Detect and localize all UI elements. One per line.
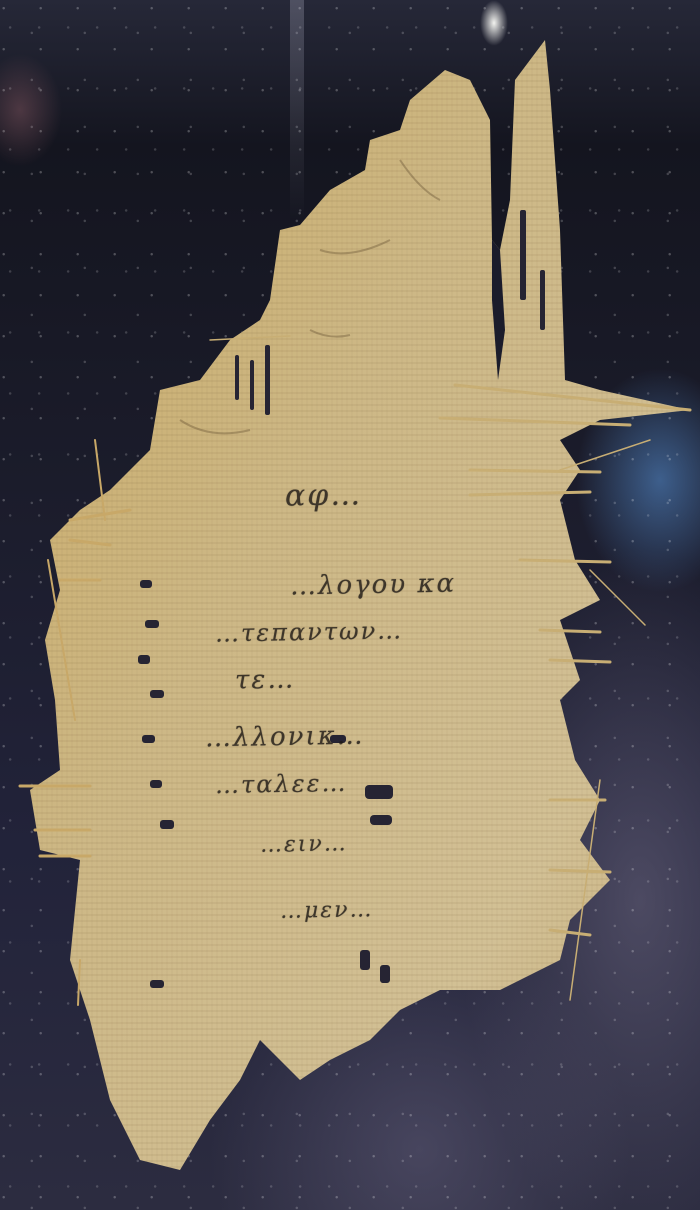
papyrus-line-5: …λλονικ… xyxy=(205,721,365,754)
papyrus-line-4: τε… xyxy=(235,664,296,695)
papyrus-line-6: …ταλεε… xyxy=(215,769,348,799)
papyrus-line-7: …ειν… xyxy=(260,831,348,858)
papyrus-fragment xyxy=(0,0,700,1210)
papyrus-line-3: …τεπαντων… xyxy=(215,616,404,647)
papyrus-line-8: …μεν… xyxy=(280,897,374,924)
papyrus-line-2: …λογου κα xyxy=(290,569,457,602)
papyrus-line-1: αφ… xyxy=(285,477,363,513)
museum-photo: αφ… …λογου κα …τεπαντων… τε… …λλονικ… …τ… xyxy=(0,0,700,1210)
